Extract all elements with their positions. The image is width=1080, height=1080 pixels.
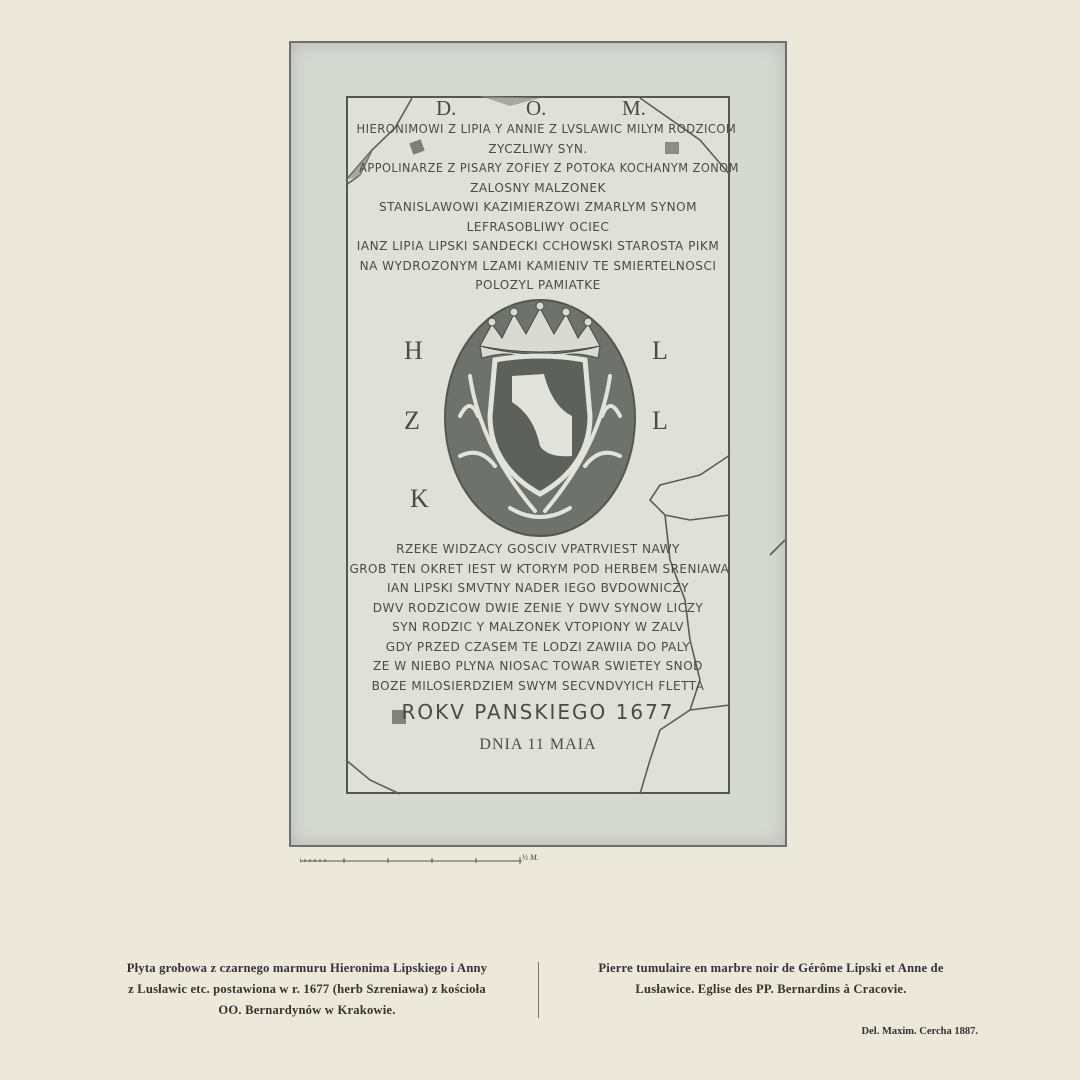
inscription-lower: RZEKE WIDZACY GOSCIV VPATRVIEST NAWY GRO… — [346, 540, 730, 696]
inscription-line: BOZE MILOSIERDZIEM SWYM SECVNDVYICH FLET… — [348, 677, 728, 697]
inscription-line: GDY PRZED CZASEM TE LODZI ZAWIIA DO PALY — [348, 638, 728, 658]
caption-line: z Lusławic etc. postawiona w r. 1677 (he… — [92, 979, 522, 1000]
heading-o: O. — [526, 96, 546, 121]
date-line: ROKV PANSKIEGO 1677 — [346, 700, 730, 724]
inscription-line: GROB TEN OKRET IEST W KTORYM POD HERBEM … — [349, 560, 726, 580]
initial-left-1: H — [404, 336, 423, 366]
heading-m: M. — [622, 96, 646, 121]
inscription-line: ZE W NIEBO PLYNA NIOSAC TOWAR SWIETEY SN… — [348, 657, 728, 677]
inscription-line: HIERONIMOWI Z LIPIA Y ANNIE Z LVSLAWIC M… — [357, 120, 720, 140]
scale-label: ½ M. — [522, 853, 539, 862]
caption-line: Lusławice. Eglise des PP. Bernardins à C… — [556, 979, 986, 1000]
initial-right-1: L — [652, 336, 668, 366]
inscription-line: RZEKE WIDZACY GOSCIV VPATRVIEST NAWY — [348, 540, 728, 560]
caption-polish: Płyta grobowa z czarnego marmuru Hieroni… — [92, 958, 522, 1021]
inscription-line: ZALOSNY MALZONEK — [348, 179, 728, 199]
inscription-line: NA WYDROZONYM LZAMI KAMIENIV TE SMIERTEL… — [348, 257, 728, 277]
coat-of-arms-icon — [440, 296, 640, 540]
caption-french: Pierre tumulaire en marbre noir de Gérôm… — [556, 958, 986, 1000]
inscription-line: ZYCZLIWY SYN. — [348, 140, 728, 160]
inscription-line: APPOLINARZE Z PISARY ZOFIEY Z POTOKA KOC… — [359, 159, 717, 179]
caption-divider — [538, 962, 539, 1018]
caption-line: Pierre tumulaire en marbre noir de Gérôm… — [556, 958, 986, 979]
inscription-upper: HIERONIMOWI Z LIPIA Y ANNIE Z LVSLAWIC M… — [346, 120, 730, 296]
artist-credit: Del. Maxim. Cercha 1887. — [862, 1026, 978, 1037]
inscription-line: POLOZYL PAMIATKE — [348, 276, 728, 296]
initial-left-2: Z — [404, 406, 420, 436]
inscription-line: STANISLAWOWI KAZIMIERZOWI ZMARLYM SYNOM — [348, 198, 728, 218]
inscription-line: IAN LIPSKI SMVTNY NADER IEGO BVDOWNICZY — [348, 579, 728, 599]
inscription-line: IANZ LIPIA LIPSKI SANDECKI CCHOWSKI STAR… — [348, 237, 728, 257]
initial-right-2: L — [652, 406, 668, 436]
initial-left-3: K — [410, 484, 429, 514]
inscription-line: DWV RODZICOW DWIE ZENIE Y DWV SYNOW LICZ… — [348, 599, 728, 619]
day-line: DNIA 11 MAIA — [346, 736, 730, 754]
heading-d: D. — [436, 96, 456, 121]
caption-line: OO. Bernardynów w Krakowie. — [92, 1000, 522, 1021]
caption-line: Płyta grobowa z czarnego marmuru Hieroni… — [92, 958, 522, 979]
inscription-line: LEFRASOBLIWY OCIEC — [348, 218, 728, 238]
inscription-line: SYN RODZIC Y MALZONEK VTOPIONY W ZALV — [348, 618, 728, 638]
scale-bar — [300, 855, 530, 867]
